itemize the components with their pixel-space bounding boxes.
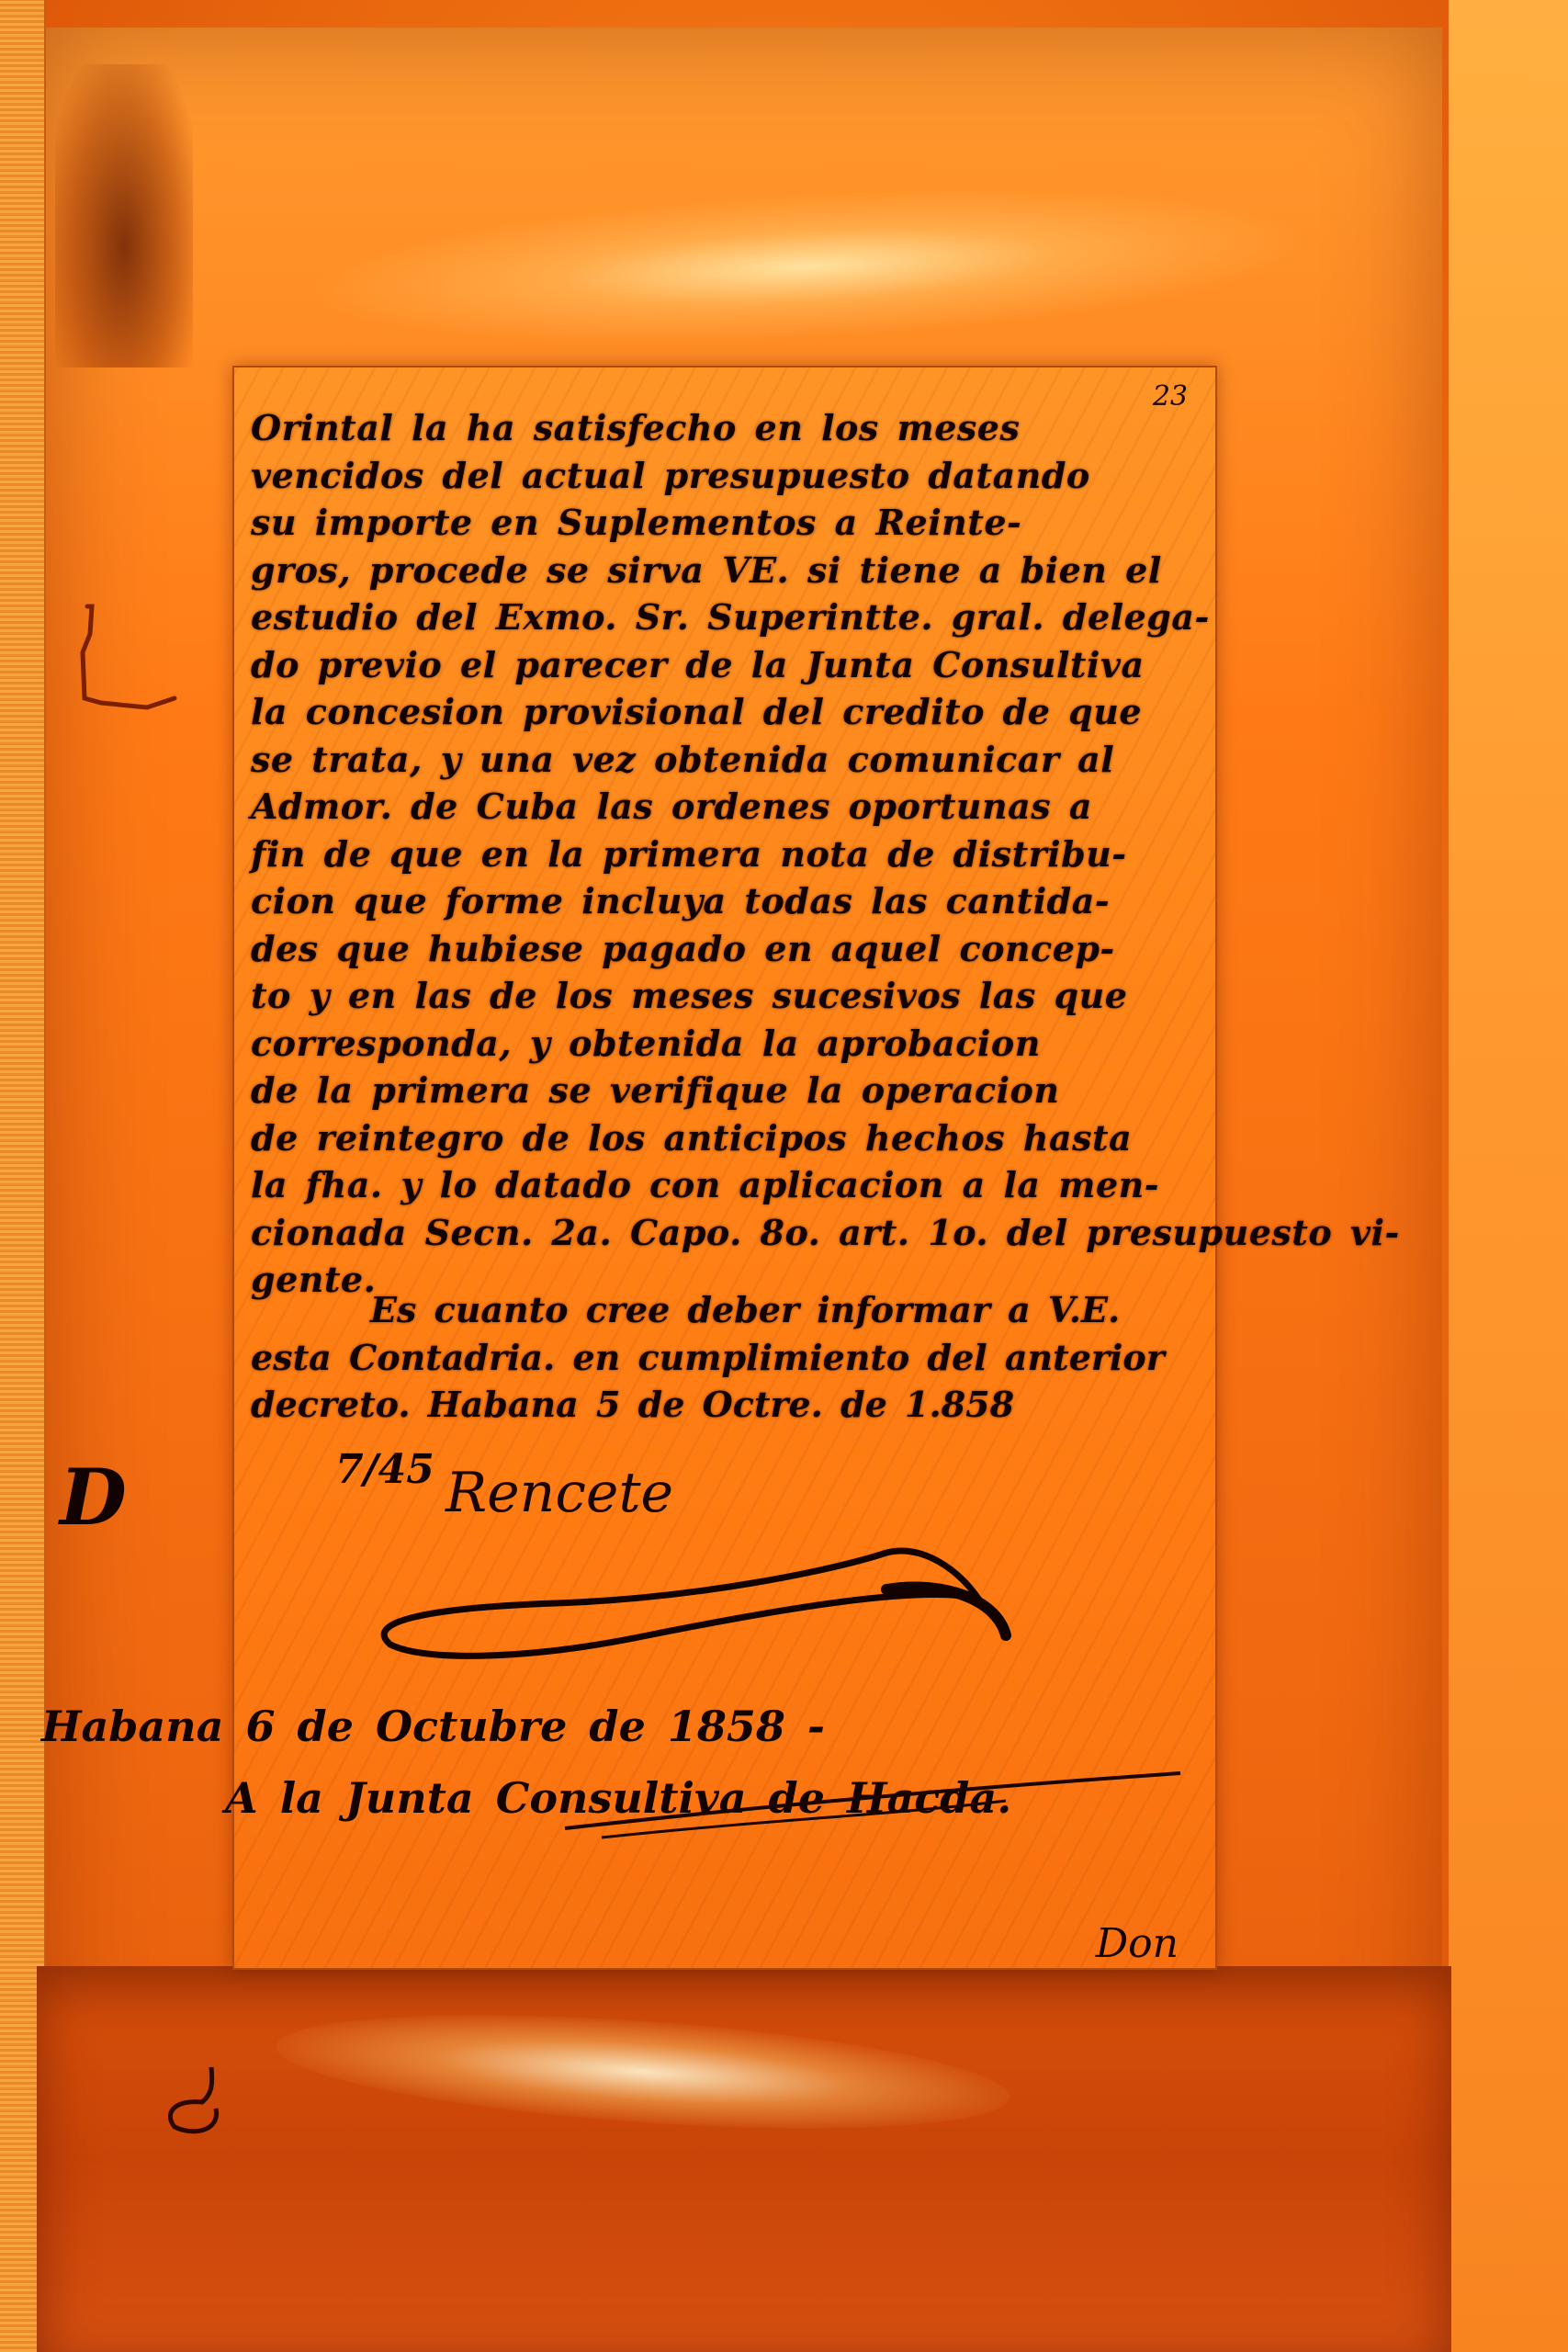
text-line: fin de que en la primera nota de distrib…: [251, 831, 1197, 878]
text-line: se trata, y una vez obtenida comunicar a…: [251, 736, 1197, 784]
text-line: do previo el parecer de la Junta Consult…: [251, 641, 1197, 689]
catchword: Don: [1096, 1920, 1179, 1967]
date-line: decreto. Habana 5 de Octre. de 1.858: [251, 1381, 1197, 1429]
ink-stain: [55, 64, 193, 367]
text-line: de la primera se verifique la operacion: [251, 1067, 1197, 1114]
ink-loop-mark: [156, 2058, 266, 2150]
text-line: cion que forme incluya todas las cantida…: [251, 877, 1197, 925]
text-line: to y en las de los meses sucesivos las q…: [251, 972, 1197, 1020]
text-line: Orintal la ha satisfecho en los meses: [251, 404, 1197, 452]
closing-paragraph: Es cuanto cree deber informar a V.E. est…: [251, 1286, 1197, 1429]
text-line: gros, procede se sirva VE. si tiene a bi…: [251, 547, 1197, 594]
text-line: cionada Secn. 2a. Capo. 8o. art. 1o. del…: [251, 1209, 1197, 1257]
decree-flourish-line: [547, 1764, 1190, 1847]
decree-date: Habana 6 de Octubre de 1858 -: [41, 1690, 1235, 1762]
signature: Rencete: [446, 1461, 673, 1525]
text-line: su importe en Suplementos a Reinte-: [251, 499, 1197, 547]
margin-bracket-mark: [64, 597, 193, 781]
manuscript-body: Orintal la ha satisfecho en los meses ve…: [251, 404, 1197, 1304]
text-line: vencidos del actual presupuesto datando: [251, 452, 1197, 500]
closing-line: esta Contadria. en cumplimiento del ante…: [251, 1334, 1197, 1382]
rubric-initial: D: [60, 1452, 127, 1543]
folio-fraction: 7/45: [335, 1452, 434, 1488]
text-line: Admor. de Cuba las ordenes oportunas a: [251, 783, 1197, 831]
text-line: des que hubiese pagado en aquel concep-: [251, 925, 1197, 973]
text-line: la fha. y lo datado con aplicacion a la …: [251, 1161, 1197, 1209]
signature-flourish: [372, 1534, 1015, 1672]
text-line: corresponda, y obtenida la aprobacion: [251, 1020, 1197, 1068]
text-line: estudio del Exmo. Sr. Superintte. gral. …: [251, 594, 1197, 641]
right-page-edge: [1449, 0, 1568, 2352]
bottom-mount-band: [37, 1966, 1451, 2352]
closing-line: Es cuanto cree deber informar a V.E.: [251, 1286, 1197, 1334]
text-line: la concesion provisional del credito de …: [251, 688, 1197, 736]
text-line: de reintegro de los anticipos hechos has…: [251, 1114, 1197, 1162]
manuscript-sheet: 23 Orintal la ha satisfecho en los meses…: [232, 366, 1217, 1970]
